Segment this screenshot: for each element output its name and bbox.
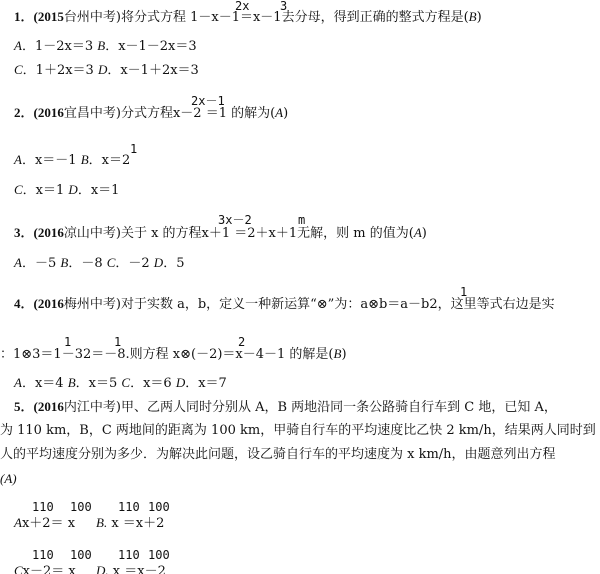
- question-number: 2．: [14, 105, 34, 120]
- option-text: ．1＋2x＝3: [23, 63, 98, 78]
- fraction-numerator: 100: [70, 501, 92, 513]
- fraction-numerator: 2: [238, 336, 245, 348]
- question-5-option-b: B. x ＝x＋2: [96, 515, 164, 532]
- option-text: ．x＝－1: [22, 153, 81, 168]
- option-text: ．x＝7: [185, 376, 227, 391]
- option-text: ．－8: [68, 256, 106, 271]
- option-label: A: [14, 38, 22, 53]
- fraction-numerator: 1: [64, 336, 71, 348]
- fraction-numerator: 100: [70, 549, 92, 561]
- question-5-answer: (A): [0, 471, 17, 487]
- question-text: ：1⊗3＝1－32＝－8.则方程 x⊗(－2)＝x－4－1 的解是(: [0, 347, 334, 362]
- question-text: －1去分母，得到正确的整式方程是(: [260, 10, 468, 25]
- option-text: ．－5: [22, 256, 60, 271]
- option-text: ．5: [163, 256, 184, 271]
- option-text: ．x＝1: [78, 183, 120, 198]
- question-text: 人的平均速度分别为多少．为解决此问题，设乙骑自行车的平均速度为 x km/h，由…: [0, 447, 556, 462]
- option-text: x－2＝ x: [23, 564, 76, 574]
- question-number: 5．: [14, 399, 34, 414]
- option-label: D: [176, 375, 185, 390]
- option-label: C: [14, 62, 23, 77]
- question-number: 1．: [14, 9, 34, 24]
- fraction-numerator: 1: [460, 286, 467, 298]
- question-source-year: (2016: [34, 225, 64, 240]
- question-4-options: A．x＝4 B．x＝5 C．x＝6 D．x＝7: [14, 375, 227, 392]
- option-label: B: [68, 375, 76, 390]
- paren: ): [422, 226, 427, 241]
- question-5-option-a: Ax＋2＝ x: [14, 515, 75, 532]
- paren: ): [477, 10, 482, 25]
- question-5-stem-line1: 5．(2016内江中考)甲、乙两人同时分别从 A，B 两地沿同一条公路骑自行车到…: [14, 399, 557, 416]
- question-2-stem: 2．(2016宜昌中考)分式方程x－2 ＝1 的解为(A): [14, 105, 288, 122]
- question-source-place: 凉山中考): [64, 226, 121, 241]
- answer-letter: A: [275, 105, 283, 120]
- fraction-numerator: 1: [130, 143, 137, 155]
- question-4-stem: 4．(2016梅州中考)对于实数 a，b，定义一种新运算“⊗”为：a⊗b＝a－b…: [14, 296, 555, 313]
- option-label: D: [98, 62, 107, 77]
- question-source-place: 宜昌中考): [64, 106, 121, 121]
- option-label: A: [14, 375, 22, 390]
- option-label: A: [14, 515, 22, 530]
- fraction-numerator: 110: [32, 549, 54, 561]
- option-text: ．x＝1: [23, 183, 69, 198]
- question-number: 3．: [14, 225, 34, 240]
- question-text: 关于 x 的方程: [121, 226, 202, 241]
- question-source-place: 台州中考): [64, 10, 121, 25]
- option-text: ．x－1＋2x＝3: [107, 63, 198, 78]
- question-text: x－2 ＝1 的解为(: [173, 106, 275, 121]
- question-4-stem-line2: ：1⊗3＝1－32＝－8.则方程 x⊗(－2)＝x－4－1 的解是(B): [0, 346, 347, 363]
- fraction-numerator: 3x－2: [218, 214, 252, 226]
- option-label: D: [154, 255, 163, 270]
- option-text: ．x－1－2x＝3: [105, 39, 196, 54]
- question-1-options-cd: C．1＋2x＝3 D．x－1＋2x＝3: [14, 62, 199, 79]
- option-label: A: [14, 255, 22, 270]
- question-text: 对于实数 a，b，定义一种新运算“⊗”为：a⊗b＝a－b2，这里等式右边是实: [121, 297, 555, 312]
- question-source-year: (2016: [34, 105, 64, 120]
- option-label: C: [14, 563, 23, 574]
- option-label: C: [121, 375, 130, 390]
- fraction-numerator: 2x: [235, 0, 249, 12]
- answer-letter: A: [414, 225, 422, 240]
- paren: ): [283, 106, 288, 121]
- option-text: x ＝x＋2: [107, 516, 164, 531]
- question-3-options: A．－5 B．－8 C．－2 D．5: [14, 255, 184, 272]
- paren: ): [341, 347, 346, 362]
- option-label: D: [68, 182, 77, 197]
- fraction-numerator: 100: [148, 549, 170, 561]
- fraction-numerator: 1: [114, 336, 121, 348]
- fraction-numerator: 2x－1: [191, 95, 225, 107]
- question-5-option-c: Cx－2＝ x: [14, 563, 76, 574]
- option-text: ．x＝6: [130, 376, 176, 391]
- question-2-options-ab: A．x＝－1 B．x＝2: [14, 152, 130, 169]
- question-source-place: 内江中考): [64, 400, 121, 415]
- question-number: 4．: [14, 296, 34, 311]
- option-label: C: [14, 182, 23, 197]
- option-text: x ＝x－2: [109, 564, 166, 574]
- option-text: ．－2: [115, 256, 153, 271]
- option-text: ．x＝5: [76, 376, 122, 391]
- question-5-stem-line3: 人的平均速度分别为多少．为解决此问题，设乙骑自行车的平均速度为 x km/h，由…: [0, 447, 556, 463]
- question-5-stem-line2: 为 110 km，B，C 两地间的距离为 100 km，甲骑自行车的平均速度比乙…: [0, 423, 596, 439]
- question-text: 将分式方程 1－x: [121, 10, 219, 25]
- fraction-numerator: 100: [148, 501, 170, 513]
- question-source-year: (2015: [34, 9, 64, 24]
- question-text: 分式方程: [121, 106, 173, 121]
- fraction-numerator: 110: [118, 501, 140, 513]
- option-text: ．x＝2: [89, 153, 131, 168]
- fraction-numerator: m: [298, 214, 305, 226]
- option-label: D.: [96, 563, 109, 574]
- question-source-place: 梅州中考): [64, 297, 121, 312]
- option-text: ．x＝4: [22, 376, 68, 391]
- option-label: B: [81, 152, 89, 167]
- question-5-option-d: D. x ＝x－2: [96, 563, 166, 574]
- option-label: B.: [96, 515, 107, 530]
- option-label: A: [14, 152, 22, 167]
- question-1-options-ab: A．1－2x＝3 B．x－1－2x＝3: [14, 38, 197, 55]
- fraction-numerator: 110: [118, 549, 140, 561]
- question-source-year: (2016: [34, 399, 64, 414]
- question-source-year: (2016: [34, 296, 64, 311]
- fraction-numerator: 3: [280, 0, 287, 12]
- question-text: 为 110 km，B，C 两地间的距离为 100 km，甲骑自行车的平均速度比乙…: [0, 423, 596, 438]
- question-2-options-cd: C．x＝1 D．x＝1: [14, 182, 119, 199]
- option-text: x＋2＝ x: [22, 516, 75, 531]
- option-label: B: [97, 38, 105, 53]
- question-text: x＋1 ＝2＋x＋1无解，则 m 的值为(: [202, 226, 414, 241]
- answer-letter: B: [469, 9, 477, 24]
- fraction-numerator: 110: [32, 501, 54, 513]
- option-text: ．1－2x＝3: [22, 39, 97, 54]
- question-3-stem: 3．(2016凉山中考)关于 x 的方程x＋1 ＝2＋x＋1无解，则 m 的值为…: [14, 225, 427, 242]
- question-text: 甲、乙两人同时分别从 A，B 两地沿同一条公路骑自行车到 C 地，已知 A，: [121, 400, 557, 415]
